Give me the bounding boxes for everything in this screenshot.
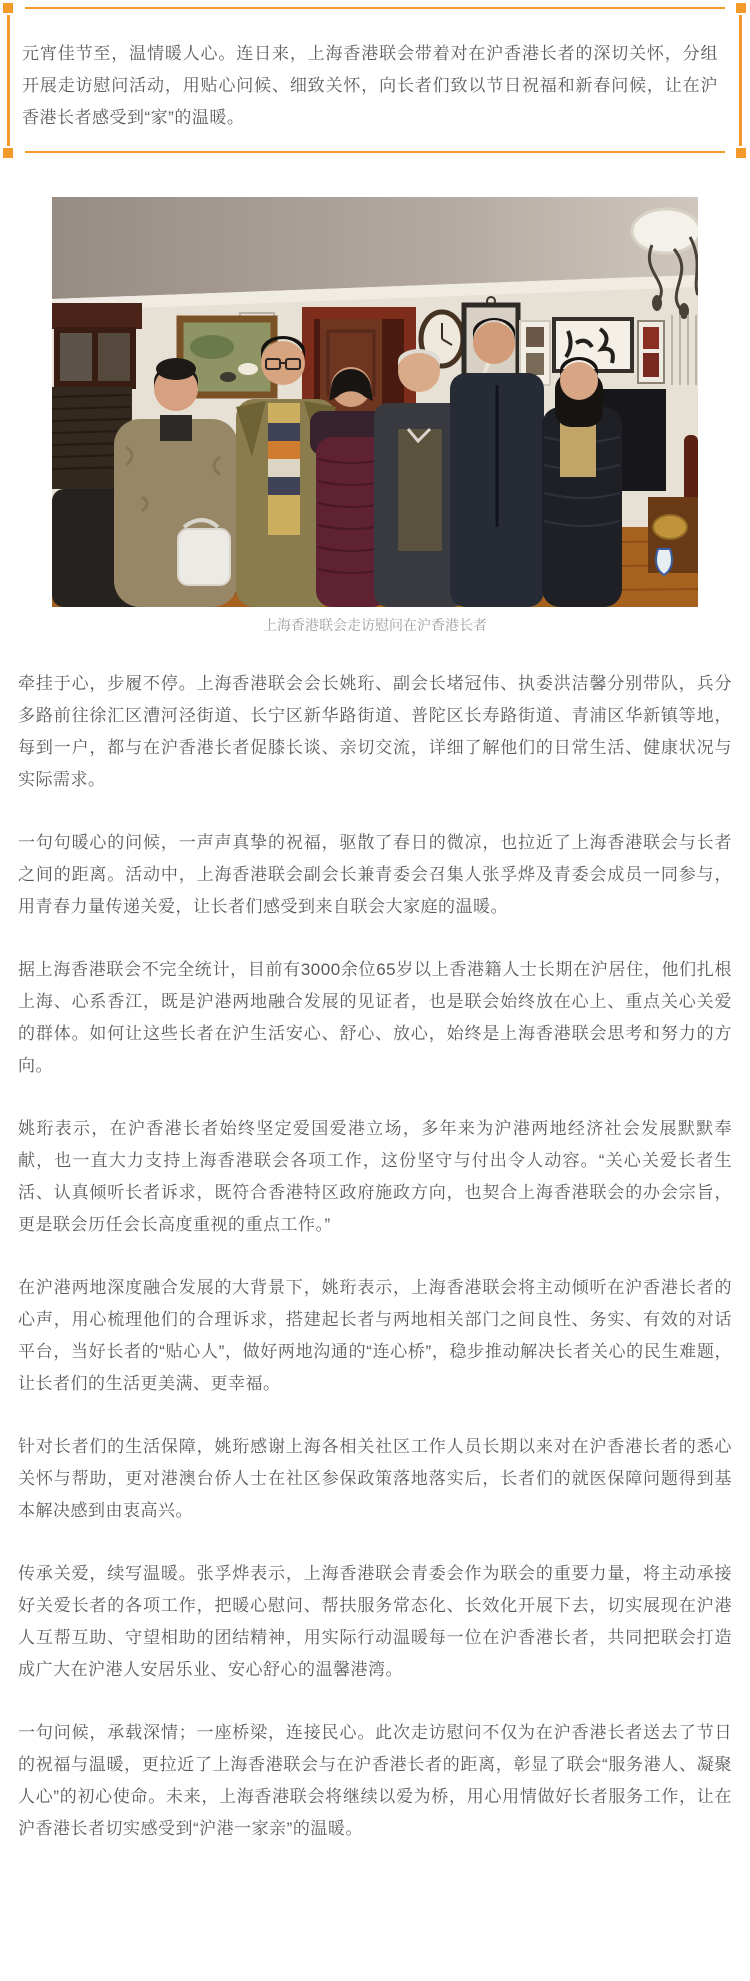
article-paragraph: 在沪港两地深度融合发展的大背景下，姚珩表示，上海香港联会将主动倾听在沪香港长者的… [18,1272,732,1400]
article-paragraph: 传承关爱，续写温暖。张孚烨表示，上海香港联会青委会作为联会的重要力量，将主动承接… [18,1558,732,1686]
frame-line-top [25,7,725,9]
intro-text: 元宵佳节至，温情暖人心。连日来，上海香港联会带着对在沪香港长者的深切关怀，分组开… [22,38,718,134]
article-paragraph: 牵挂于心，步履不停。上海香港联会会长姚珩、副会长堵冠伟、执委洪洁馨分别带队，兵分… [18,668,732,796]
article-body: 牵挂于心，步履不停。上海香港联会会长姚珩、副会长堵冠伟、执委洪洁馨分别带队，兵分… [0,635,750,1881]
corner-square-top-left-icon [3,3,13,13]
group-photo[interactable] [52,197,698,607]
article-paragraph: 一句问候，承载深情；一座桥梁，连接民心。此次走访慰问不仅为在沪香港长者送去了节日… [18,1717,732,1845]
article-page: 元宵佳节至，温情暖人心。连日来，上海香港联会带着对在沪香港长者的深切关怀，分组开… [0,0,750,1881]
frame-bar-right [739,15,742,146]
intro-highlight-box: 元宵佳节至，温情暖人心。连日来，上海香港联会带着对在沪香港长者的深切关怀，分组开… [0,0,750,160]
frame-bar-left [7,15,10,146]
article-figure: 上海香港联会走访慰问在沪香港长者 [0,197,750,635]
article-paragraph: 据上海香港联会不完全统计，目前有3000余位65岁以上香港籍人士长期在沪居住，他… [18,954,732,1082]
group-photo-illustration [52,197,698,607]
corner-square-top-right-icon [736,3,746,13]
frame-line-bottom [25,151,725,153]
article-paragraph: 姚珩表示，在沪香港长者始终坚定爱国爱港立场，多年来为沪港两地经济社会发展默默奉献… [18,1113,732,1241]
photo-caption: 上海香港联会走访慰问在沪香港长者 [0,615,750,635]
article-paragraph: 一句句暖心的问候，一声声真挚的祝福，驱散了春日的微凉，也拉近了上海香港联会与长者… [18,827,732,923]
side-table [648,497,698,575]
corner-square-bottom-left-icon [3,148,13,158]
corner-square-bottom-right-icon [736,148,746,158]
article-paragraph: 针对长者们的生活保障，姚珩感谢上海各相关社区工作人员长期以来对在沪香港长者的悉心… [18,1431,732,1527]
